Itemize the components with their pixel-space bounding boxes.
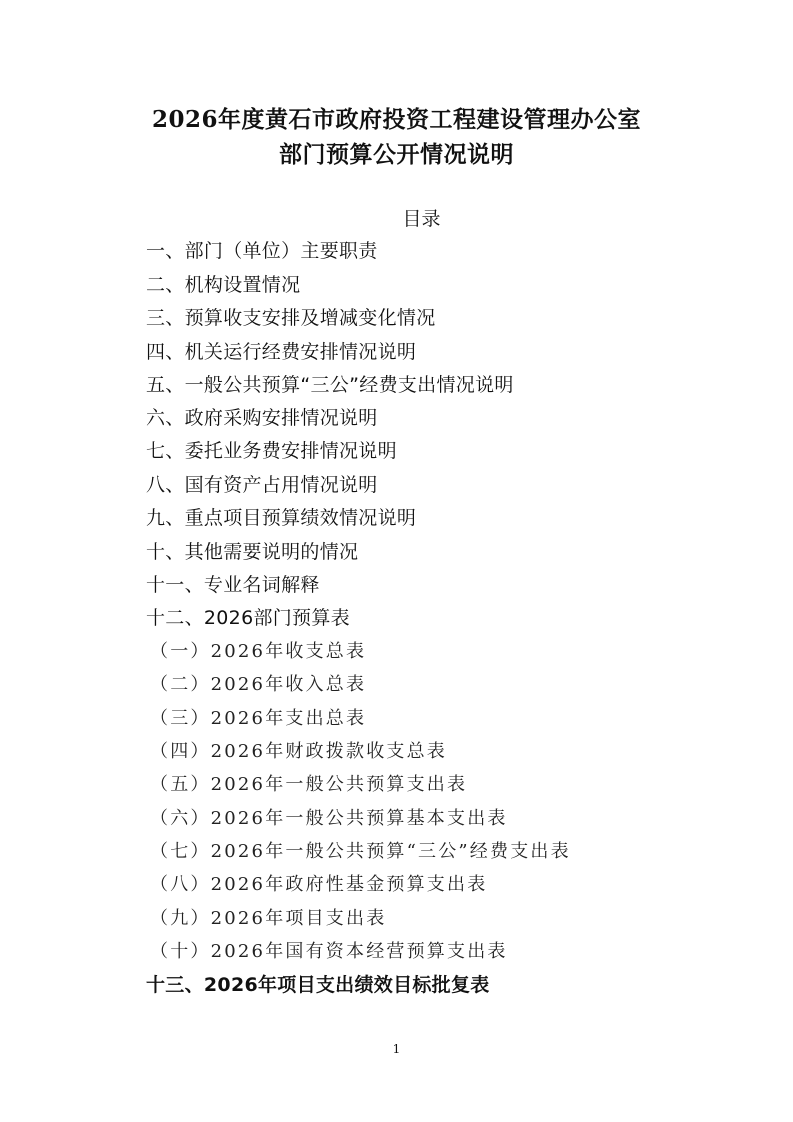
toc-item-5: 五、一般公共预算“三公”经费支出情况说明 (146, 370, 514, 397)
toc-subitem-7: （七）2026年一般公共预算“三公”经费支出表 (150, 837, 571, 863)
toc-item-4: 四、机关运行经费安排情况说明 (146, 337, 416, 364)
toc-item-6: 六、政府采购安排情况说明 (146, 403, 378, 430)
toc-subitem-4: （四）2026年财政拨款收支总表 (150, 737, 447, 763)
toc-item-12: 十二、2026部门预算表 (146, 603, 350, 630)
toc-heading: 目录 (0, 204, 793, 231)
toc-item-3: 三、预算收支安排及增减变化情况 (146, 303, 436, 330)
toc-subitem-10: （十）2026年国有资本经营预算支出表 (150, 937, 508, 963)
toc-item-8: 八、国有资产占用情况说明 (146, 470, 378, 497)
toc-subitem-9: （九）2026年项目支出表 (150, 904, 386, 930)
toc-subitem-3: （三）2026年支出总表 (150, 704, 366, 730)
toc-item-13: 十三、2026年项目支出绩效目标批复表 (146, 970, 490, 997)
document-title-line-1: 2026年度黄石市政府投资工程建设管理办公室 (0, 101, 793, 134)
toc-item-1: 一、部门（单位）主要职责 (146, 236, 378, 263)
toc-item-7: 七、委托业务费安排情况说明 (146, 436, 397, 463)
toc-item-11: 十一、专业名词解释 (146, 570, 320, 597)
toc-subitem-8: （八）2026年政府性基金预算支出表 (150, 870, 487, 896)
page-number: 1 (0, 1042, 793, 1056)
toc-subitem-2: （二）2026年收入总表 (150, 670, 366, 696)
toc-subitem-1: （一）2026年收支总表 (150, 637, 366, 663)
toc-subitem-5: （五）2026年一般公共预算支出表 (150, 770, 467, 796)
toc-item-9: 九、重点项目预算绩效情况说明 (146, 503, 416, 530)
toc-subitem-6: （六）2026年一般公共预算基本支出表 (150, 804, 508, 830)
toc-item-10: 十、其他需要说明的情况 (146, 537, 358, 564)
toc-item-2: 二、机构设置情况 (146, 270, 300, 297)
document-title-line-2: 部门预算公开情况说明 (0, 136, 793, 169)
